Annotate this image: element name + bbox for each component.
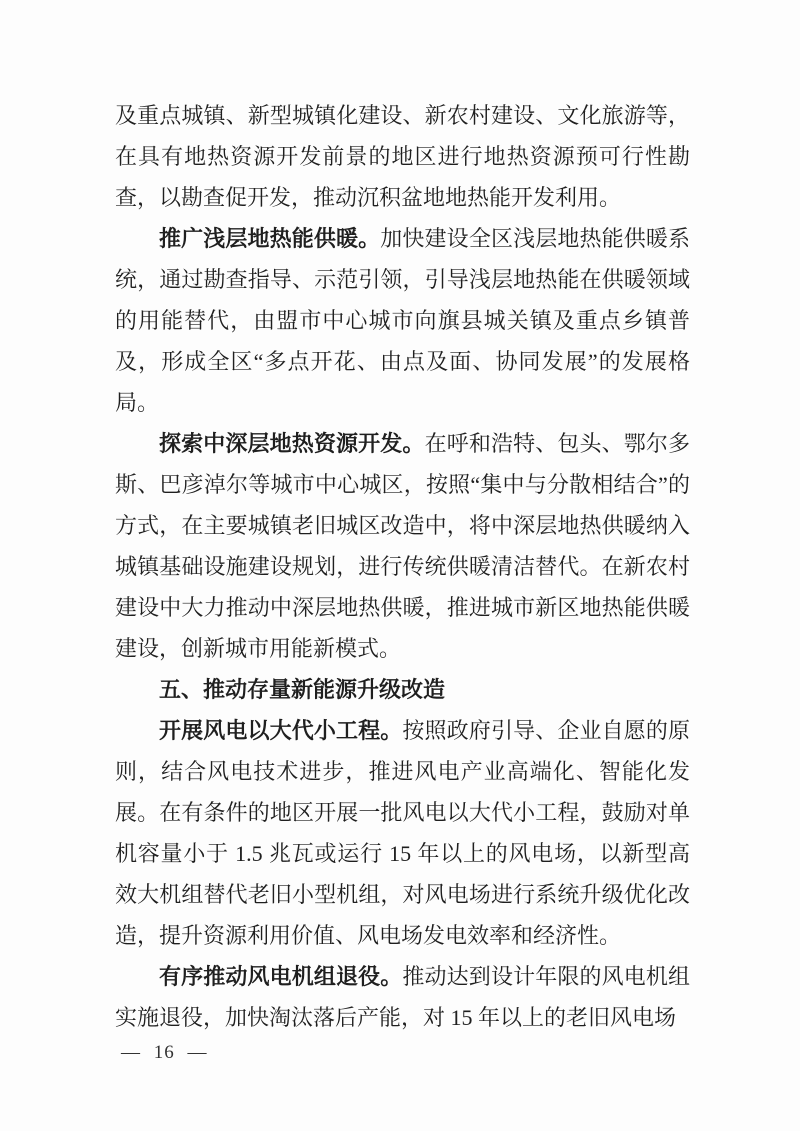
paragraph-text: 加快建设全区浅层地热能供暖系统，通过勘查指导、示范引领，引导浅层地热能在供暖领域… — [115, 226, 690, 415]
paragraph-text: 按照政府引导、企业自愿的原则，结合风电技术进步，推进风电产业高端化、智能化发展。… — [115, 718, 690, 948]
paragraph-lead: 探索中深层地热资源开发。 — [159, 431, 425, 456]
paragraph-text: 及重点城镇、新型城镇化建设、新农村建设、文化旅游等，在具有地热资源开发前景的地区… — [115, 103, 690, 210]
paragraph-lead: 有序推动风电机组退役。 — [159, 964, 402, 989]
page-number: — 16 — — [121, 1041, 208, 1065]
paragraph: 有序推动风电机组退役。推动达到设计年限的风电机组实施退役，加快淘汰落后产能，对 … — [115, 956, 690, 1038]
document-page: 及重点城镇、新型城镇化建设、新农村建设、文化旅游等，在具有地热资源开发前景的地区… — [0, 0, 800, 1131]
paragraph: 推广浅层地热能供暖。加快建设全区浅层地热能供暖系统，通过勘查指导、示范引领，引导… — [115, 218, 690, 423]
paragraph: 探索中深层地热资源开发。在呼和浩特、包头、鄂尔多斯、巴彦淖尔等城市中心城区，按照… — [115, 423, 690, 669]
paragraph-lead: 推广浅层地热能供暖。 — [159, 226, 380, 251]
section-heading: 五、推动存量新能源升级改造 — [115, 669, 690, 710]
paragraph: 及重点城镇、新型城镇化建设、新农村建设、文化旅游等，在具有地热资源开发前景的地区… — [115, 95, 690, 218]
paragraph-text: 在呼和浩特、包头、鄂尔多斯、巴彦淖尔等城市中心城区，按照“集中与分散相结合”的方… — [115, 431, 690, 661]
paragraph: 开展风电以大代小工程。按照政府引导、企业自愿的原则，结合风电技术进步，推进风电产… — [115, 710, 690, 956]
document-body: 及重点城镇、新型城镇化建设、新农村建设、文化旅游等，在具有地热资源开发前景的地区… — [115, 95, 690, 1038]
paragraph-lead: 开展风电以大代小工程。 — [159, 718, 402, 743]
